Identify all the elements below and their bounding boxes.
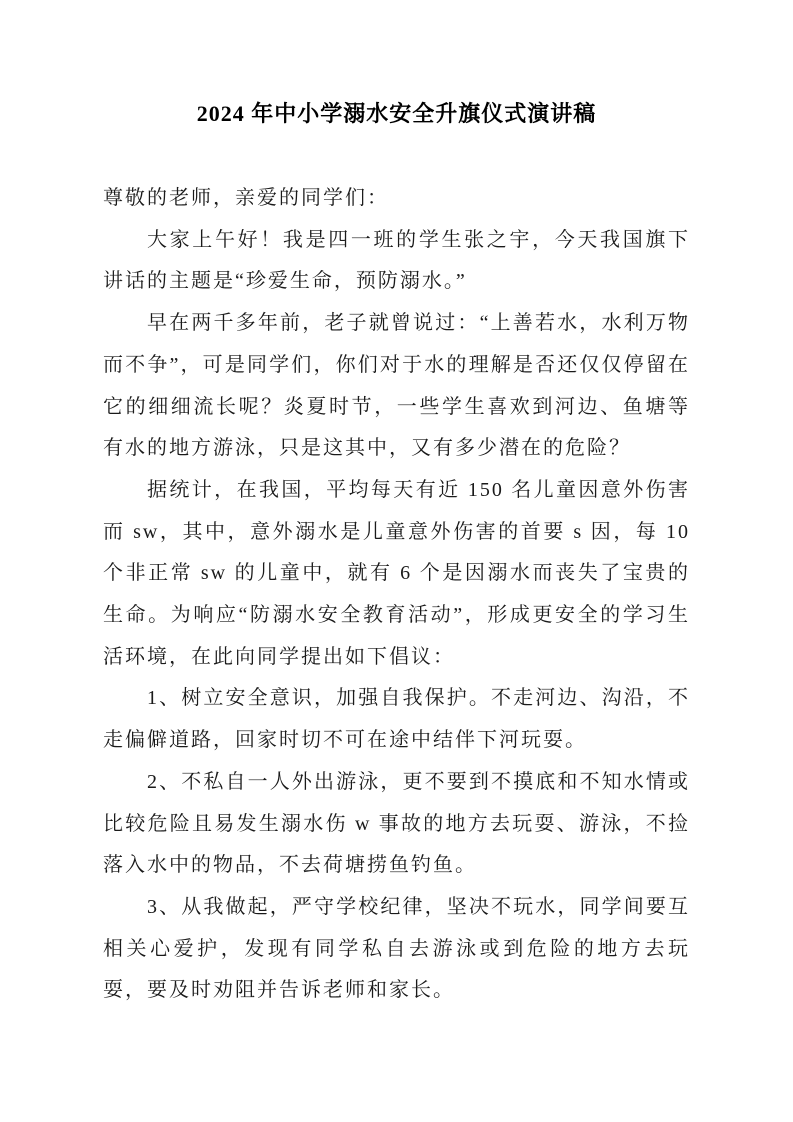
salutation-paragraph: 尊敬的老师，亲爱的同学们： [103, 178, 690, 220]
document-body: 尊敬的老师，亲爱的同学们： 大家上午好！我是四一班的学生张之宇，今天我国旗下讲话… [103, 178, 690, 1012]
proposal-item-2: 2、不私自一人外出游泳，更不要到不摸底和不知水情或比较危险且易发生溺水伤 w 事… [103, 762, 690, 887]
document-title: 2024 年中小学溺水安全升旗仪式演讲稿 [103, 98, 690, 130]
laozi-quote-paragraph: 早在两千多年前，老子就曾说过：“上善若水，水利万物而不争”，可是同学们，你们对于… [103, 303, 690, 470]
statistics-paragraph: 据统计，在我国，平均每天有近 150 名儿童因意外伤害而 sw，其中，意外溺水是… [103, 470, 690, 679]
proposal-item-3: 3、从我做起，严守学校纪律，坚决不玩水，同学间要互相关心爱护，发现有同学私自去游… [103, 887, 690, 1012]
document-page: 2024 年中小学溺水安全升旗仪式演讲稿 尊敬的老师，亲爱的同学们： 大家上午好… [0, 0, 793, 1122]
intro-paragraph: 大家上午好！我是四一班的学生张之宇，今天我国旗下讲话的主题是“珍爱生命，预防溺水… [103, 220, 690, 303]
proposal-item-1: 1、树立安全意识，加强自我保护。不走河边、沟沿，不走偏僻道路，回家时切不可在途中… [103, 678, 690, 761]
